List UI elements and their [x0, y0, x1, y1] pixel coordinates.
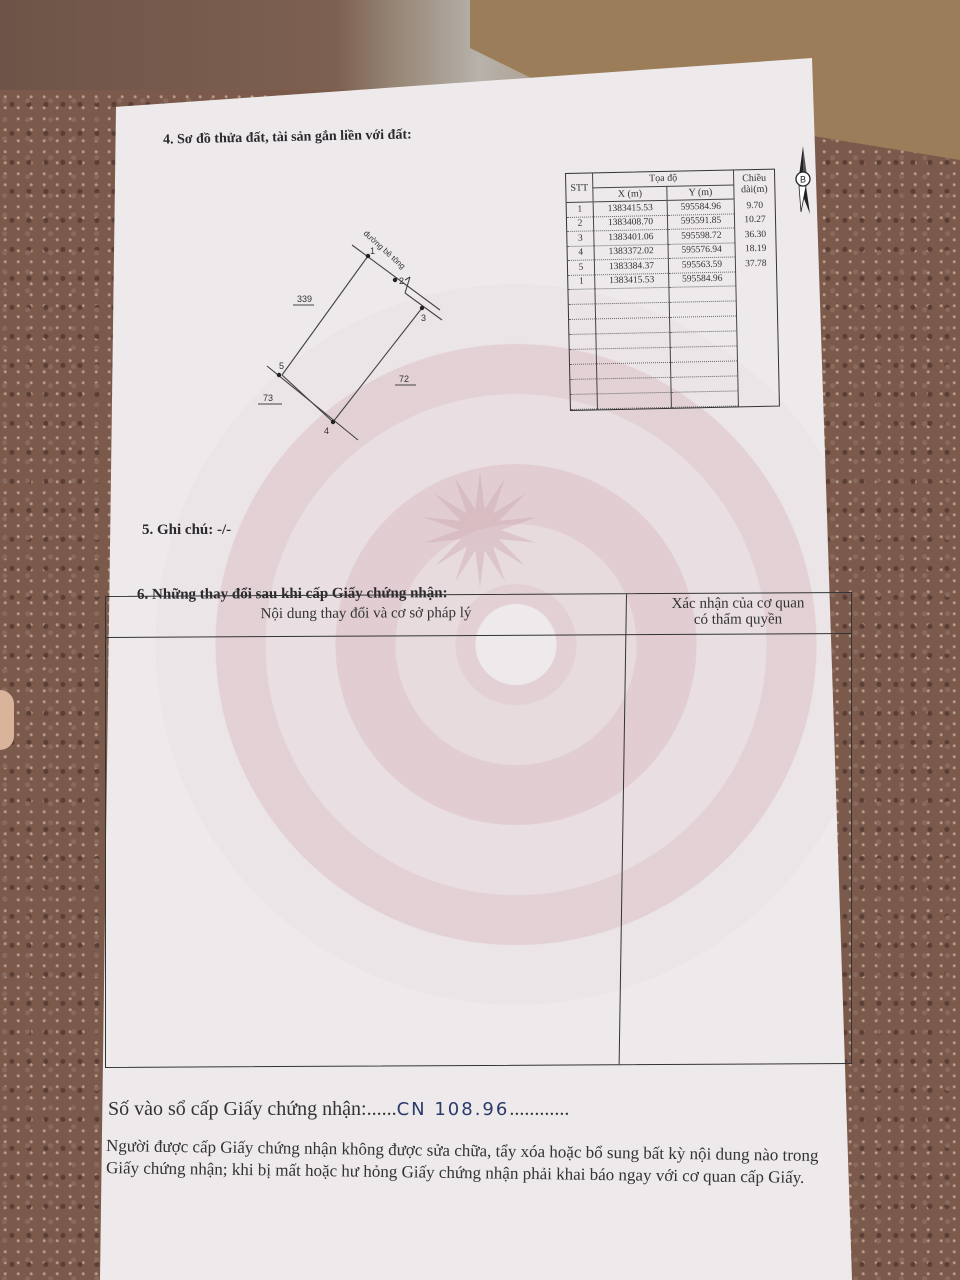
registration-trailer: ............ [509, 1098, 569, 1120]
star-watermark-icon [420, 470, 540, 590]
cell-empty [737, 315, 778, 331]
cell-empty [570, 364, 597, 380]
road-label: đường bê tông [362, 229, 407, 271]
coordinate-table: STT Tọa độ Chiều dài(m) X (m) Y (m) 1138… [565, 169, 780, 411]
cell-x: 1383408.70 [593, 215, 667, 231]
header-y: Y (m) [667, 184, 734, 200]
cell-empty [596, 347, 670, 364]
cell-stt: 4 [568, 245, 595, 260]
registration-number: CN 108.96 [397, 1099, 510, 1120]
neighbor-parcel-73: 73 [263, 393, 273, 403]
cell-length: 10.27 [734, 213, 775, 228]
cell-x: 1383401.06 [594, 229, 668, 245]
header-stt: STT [566, 173, 593, 202]
cell-x: 1383415.53 [595, 273, 669, 289]
vertex-1: 1 [370, 246, 375, 256]
vertex-4: 4 [324, 426, 329, 436]
registration-leader: ...... [367, 1098, 397, 1120]
cell-empty [670, 316, 737, 332]
header-confirm-line-1: Xác nhận của cơ quan [628, 595, 848, 612]
cell-x: 1383415.53 [593, 200, 667, 216]
cell-length: 37.78 [735, 256, 776, 271]
cell-empty [670, 331, 737, 347]
cell-empty [570, 349, 597, 365]
registration-label: Số vào sổ cấp Giấy chứng nhận: [108, 1098, 367, 1120]
cell-stt: 1 [567, 202, 594, 217]
cell-length: 9.70 [734, 198, 775, 213]
neighbor-parcel-339: 339 [297, 294, 312, 304]
cell-empty [596, 332, 670, 349]
header-change-content: Nội dung thay đổi và cơ sở pháp lý [106, 604, 626, 624]
neighbor-parcel-72: 72 [399, 374, 409, 384]
cell-empty [671, 376, 738, 392]
registration-line: Số vào sổ cấp Giấy chứng nhận:......CN 1… [108, 1098, 569, 1121]
vertex-2: 2 [399, 276, 404, 286]
north-label: B [800, 175, 806, 185]
cell-empty [569, 304, 596, 320]
cell-empty [597, 377, 671, 394]
cell-stt: 1 [568, 274, 595, 289]
cell-empty [738, 390, 779, 406]
cell-empty [595, 287, 669, 304]
header-authority-confirmation: Xác nhận của cơ quan có thẩm quyền [628, 595, 848, 628]
cell-y: 595591.85 [667, 213, 734, 229]
cell-empty [738, 375, 779, 391]
coordinate-row-empty [571, 390, 779, 409]
cell-empty [736, 285, 777, 301]
cell-y: 595598.72 [668, 228, 735, 244]
cell-empty [597, 362, 671, 379]
cell-empty [670, 361, 737, 377]
north-arrow-icon: B [792, 146, 816, 216]
vertex-3: 3 [421, 313, 426, 323]
cell-empty [597, 392, 671, 409]
cell-empty [669, 286, 736, 302]
header-length: Chiều dài(m) [733, 170, 774, 199]
column-divider [619, 594, 627, 1064]
cell-y: 595584.96 [667, 199, 734, 215]
cell-stt: 3 [567, 231, 594, 246]
cell-empty [736, 300, 777, 316]
cell-empty [737, 345, 778, 361]
cell-empty [737, 330, 778, 346]
cell-empty [737, 360, 778, 376]
cell-empty [569, 319, 596, 335]
cell-y: 595576.94 [668, 242, 735, 258]
cell-stt: 2 [567, 216, 594, 231]
cell-empty [571, 394, 598, 410]
vertex-5: 5 [279, 361, 284, 371]
cell-empty [669, 301, 736, 317]
parcel-diagram: đường bê tông 1 2 3 4 5 339 72 73 [255, 220, 465, 445]
cell-length: 36.30 [735, 227, 776, 242]
section-5-notes: 5. Ghi chú: -/- [142, 522, 231, 539]
cell-y: 595563.59 [668, 257, 735, 273]
cell-empty [595, 302, 669, 319]
header-x: X (m) [593, 186, 667, 202]
cell-length: 18.19 [735, 242, 776, 257]
cell-y: 595584.96 [669, 271, 736, 287]
cell-x: 1383384.37 [594, 258, 668, 274]
cell-empty [568, 289, 595, 305]
cell-stt: 5 [568, 260, 595, 275]
header-confirm-line-2: có thẩm quyền [628, 611, 848, 628]
cell-empty [596, 317, 670, 334]
cell-empty [570, 379, 597, 395]
cell-empty [671, 391, 738, 407]
changes-table: Nội dung thay đổi và cơ sở pháp lý Xác n… [105, 592, 852, 1068]
cell-empty [569, 334, 596, 350]
finger [0, 690, 14, 750]
cell-empty [670, 346, 737, 362]
cell-length [736, 271, 777, 286]
cell-x: 1383372.02 [594, 244, 668, 260]
